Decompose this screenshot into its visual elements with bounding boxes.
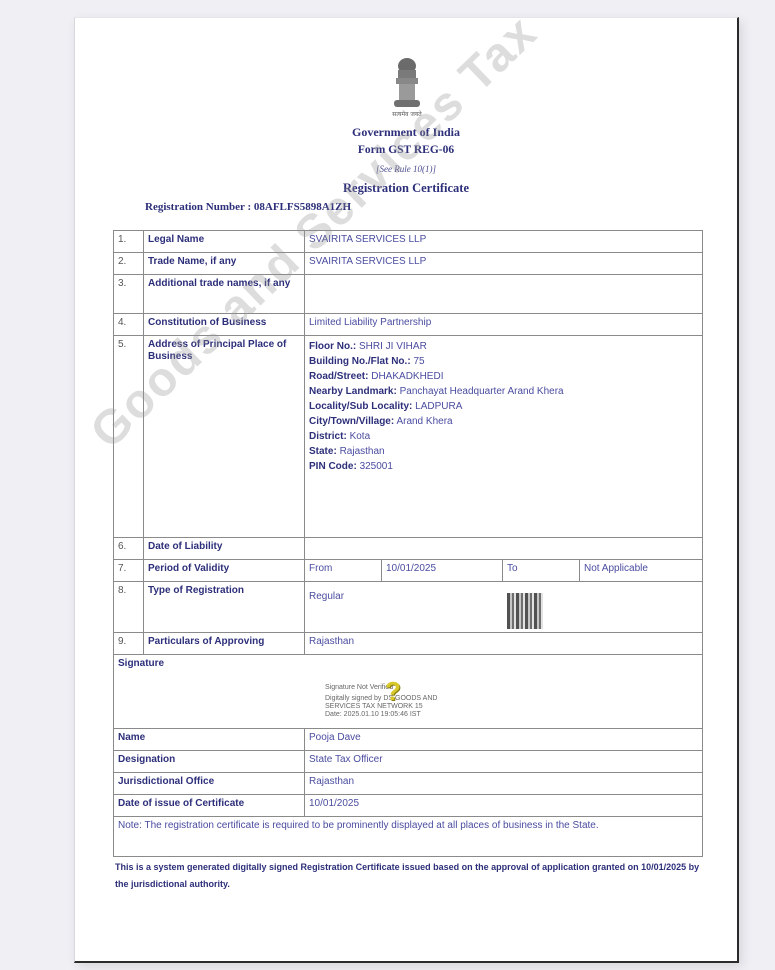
signature-date: Date: 2025.01.10 19:05:46 IST [325, 711, 698, 719]
officer-name-label: Name [114, 729, 305, 751]
validity-from-date: 10/01/2025 [382, 560, 503, 582]
emblem-caption: सत्यमेव जयते [375, 110, 439, 118]
row-number: 7. [114, 560, 144, 582]
row-label: Type of Registration [144, 582, 305, 633]
certificate-page: सत्यमेव जयते Government of India Form GS… [74, 17, 739, 963]
jurisdictional-office-value: Rajasthan [305, 773, 703, 795]
address-value: Floor No.: SHRI JI VIHAR Building No./Fl… [305, 336, 703, 538]
form-title: Form GST REG-06 [75, 144, 737, 156]
note-row: Note: The registration certificate is re… [114, 817, 703, 857]
row-label: Additional trade names, if any [144, 275, 305, 314]
officer-name-value: Pooja Dave [305, 729, 703, 751]
row-label: Address of Principal Place of Business [144, 336, 305, 538]
signature-cell: Signature ? Signature Not Verified Digit… [114, 655, 703, 729]
address-line: PIN Code: 325001 [309, 459, 698, 474]
row-label: Trade Name, if any [144, 253, 305, 275]
display-note: Note: The registration certificate is re… [114, 817, 703, 857]
government-title: Government of India [75, 125, 737, 140]
row-number: 2. [114, 253, 144, 275]
table-row: 9. Particulars of Approving Rajasthan [114, 633, 703, 655]
approving-particulars-value: Rajasthan [305, 633, 703, 655]
signature-status: Signature Not Verified [325, 684, 698, 692]
signed-by-line-1: Digitally signed by DS GOODS AND [325, 695, 698, 703]
table-row: Name Pooja Dave [114, 729, 703, 751]
table-row: 8. Type of Registration Regular [114, 582, 703, 633]
national-emblem-icon [389, 56, 425, 114]
address-line: Locality/Sub Locality: LADPURA [309, 399, 698, 414]
table-row: 2. Trade Name, if any SVAIRITA SERVICES … [114, 253, 703, 275]
constitution-value: Limited Liability Partnership [305, 314, 703, 336]
row-number: 8. [114, 582, 144, 633]
row-number: 3. [114, 275, 144, 314]
registration-number-value: 08AFLFS5898A1ZH [254, 201, 351, 213]
registration-type-value: Regular [305, 582, 703, 633]
table-row: Date of issue of Certificate 10/01/2025 [114, 795, 703, 817]
designation-label: Designation [114, 751, 305, 773]
jurisdictional-office-label: Jurisdictional Office [114, 773, 305, 795]
address-line: Nearby Landmark: Panchayat Headquarter A… [309, 384, 698, 399]
row-label: Particulars of Approving [144, 633, 305, 655]
address-line: City/Town/Village: Arand Khera [309, 414, 698, 429]
signature-row: Signature ? Signature Not Verified Digit… [114, 655, 703, 729]
validity-to-label: To [503, 560, 580, 582]
table-row: 3. Additional trade names, if any [114, 275, 703, 314]
row-number: 6. [114, 538, 144, 560]
address-line: Building No./Flat No.: 75 [309, 354, 698, 369]
row-number: 5. [114, 336, 144, 538]
row-label: Constitution of Business [144, 314, 305, 336]
rule-reference: [See Rule 10(1)] [75, 164, 737, 174]
row-number: 4. [114, 314, 144, 336]
registration-type-text: Regular [309, 585, 698, 603]
row-label: Period of Validity [144, 560, 305, 582]
issue-date-value: 10/01/2025 [305, 795, 703, 817]
validity-from-label: From [305, 560, 382, 582]
trade-name-value: SVAIRITA SERVICES LLP [305, 253, 703, 275]
validity-to-date: Not Applicable [580, 560, 703, 582]
digital-signature-block: ? Signature Not Verified Digitally signe… [325, 684, 698, 719]
row-number: 1. [114, 231, 144, 253]
row-label: Legal Name [144, 231, 305, 253]
address-line: State: Rajasthan [309, 444, 698, 459]
signed-by-line-2: SERVICES TAX NETWORK 15 [325, 703, 698, 711]
qr-code-icon [507, 593, 543, 629]
row-number: 9. [114, 633, 144, 655]
row-label: Date of Liability [144, 538, 305, 560]
address-line: Floor No.: SHRI JI VIHAR [309, 339, 698, 354]
legal-name-value: SVAIRITA SERVICES LLP [305, 231, 703, 253]
registration-number-label: Registration Number : [145, 201, 251, 213]
certificate-table: 1. Legal Name SVAIRITA SERVICES LLP 2. T… [113, 230, 703, 857]
table-row: Designation State Tax Officer [114, 751, 703, 773]
address-line: Road/Street: DHAKADKHEDI [309, 369, 698, 384]
question-mark-icon: ? [385, 678, 401, 704]
certificate-title: Registration Certificate [75, 181, 737, 196]
additional-trade-names-value [305, 275, 703, 314]
table-row: 1. Legal Name SVAIRITA SERVICES LLP [114, 231, 703, 253]
issue-date-label: Date of issue of Certificate [114, 795, 305, 817]
table-row: 7. Period of Validity From 10/01/2025 To… [114, 560, 703, 582]
table-row: 4. Constitution of Business Limited Liab… [114, 314, 703, 336]
date-of-liability-value [305, 538, 703, 560]
registration-number: Registration Number : 08AFLFS5898A1ZH [145, 201, 351, 213]
table-row: 6. Date of Liability [114, 538, 703, 560]
table-row: 5. Address of Principal Place of Busines… [114, 336, 703, 538]
signature-label: Signature [118, 658, 698, 670]
address-line: District: Kota [309, 429, 698, 444]
system-generated-footer: This is a system generated digitally sig… [115, 859, 705, 893]
designation-value: State Tax Officer [305, 751, 703, 773]
table-row: Jurisdictional Office Rajasthan [114, 773, 703, 795]
